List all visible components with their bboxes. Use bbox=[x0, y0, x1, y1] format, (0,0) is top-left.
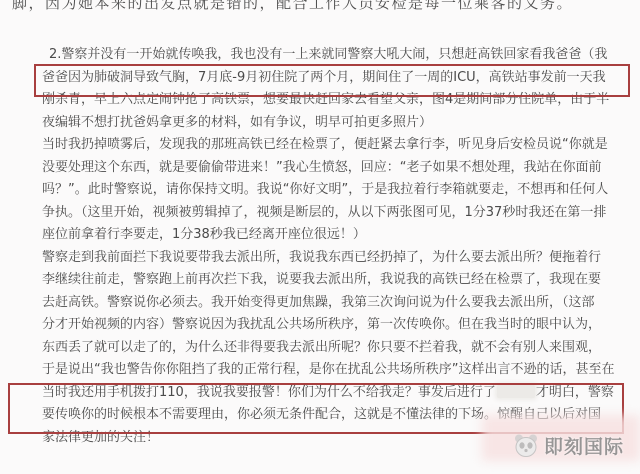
text-line: 当时我扔掉喷雾后，发现我的那班高铁已经在检票了，便赶紧去拿行李，听见身后安检员说… bbox=[42, 134, 628, 157]
text-line: 于是说出“我也警告你你阻挡了我的正常行程，是你在扰乱公共场所秩序”这样出言不逊的… bbox=[42, 359, 628, 382]
text-line: 警察走到我前面拦下我说要带我去派出所，我说我东西已经扔掉了，为什么要去派出所？便… bbox=[42, 247, 628, 270]
panda-logo-icon bbox=[512, 433, 540, 459]
cutoff-paragraph-line: 脚，因为她本来的出发点就是错的，配合工作人员安检是每一位乘客的义务。 bbox=[12, 0, 573, 12]
highlight-box-hospital bbox=[34, 64, 630, 97]
text-line: 东西丢了就可以走了的，为什么还非得要我去派出所呢？你只要不拦着我，就不会有别人来… bbox=[42, 337, 628, 360]
text-line: 座位前拿着行李要走，1分38秒我已经离开座位很远！） bbox=[42, 224, 628, 247]
text-line: 争执。（这里开始，视频被剪辑掉了，视频是断层的，从以下两张图可见，1分37秒时我… bbox=[42, 202, 628, 225]
watermark: 即刻国际 bbox=[512, 432, 624, 459]
article-screenshot: 脚，因为她本来的出发点就是错的，配合工作人员安检是每一位乘客的义务。 2.警察并… bbox=[0, 0, 640, 474]
text-line: 夜编辑不想打扰爸妈拿更多的材料，如有争议，明早可拍更多照片） bbox=[42, 112, 628, 135]
text-line: 没要处理这个东西，就是要偷偷带进来！”我心生愤怒，回应：“老子如果不想处理，我站… bbox=[42, 157, 628, 180]
text-line: 李继续往前走，警察跑上前再次拦下我，说要我去派出所，我说我的高铁已经在检票了，我… bbox=[42, 269, 628, 292]
watermark-label: 即刻国际 bbox=[544, 432, 624, 459]
text-line: 吗？”。此时警察说，请你保持文明。我说“你好文明”，于是我拉着行李箱就要走，不想… bbox=[42, 179, 628, 202]
text-line: 去赶高铁。警察说你必须去。我开始变得更加焦躁，我第三次询问说为什么要我去派出所，… bbox=[42, 292, 628, 315]
text-line: 分才开始视频的内容）警察说因为我扰乱公共场所秩序，第一次传唤你。但在我当时的眼中… bbox=[42, 314, 628, 337]
